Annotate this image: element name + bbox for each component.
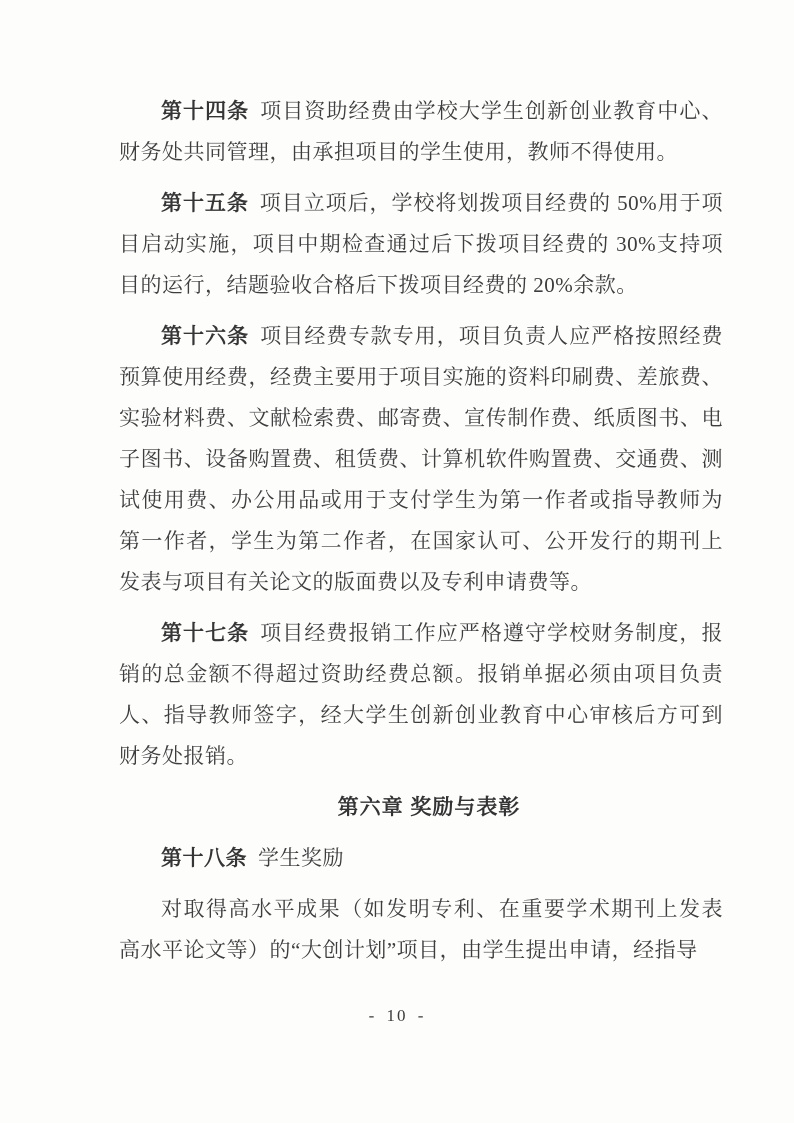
article-17-line-1: 项目经费报销工作应严格遵守学校财务制度，报 xyxy=(260,621,723,645)
text-line: 预算使用经费，经费主要用于项目实施的资料印刷费、差旅费、 xyxy=(119,357,723,398)
article-15-number: 第十五条 xyxy=(161,191,249,215)
text-line: 财务处报销。 xyxy=(119,736,723,777)
page-footer: - 10 - xyxy=(0,1006,794,1026)
text-line: 实验材料费、文献检索费、邮寄费、宣传制作费、纸质图书、电 xyxy=(119,398,723,439)
article-18-number: 第十八条 xyxy=(161,846,247,870)
article-14-line-1: 项目资助经费由学校大学生创新创业教育中心、 xyxy=(260,99,723,123)
text-line: 人、指导教师签字，经大学生创新创业教育中心审核后方可到 xyxy=(119,695,723,736)
article-16-number: 第十六条 xyxy=(161,324,249,348)
article-18: 第十八条学生奖励 xyxy=(119,838,723,879)
text-line: 高水平论文等）的“大创计划”项目，由学生提出申请，经指导 xyxy=(119,930,723,971)
text-line: 财务处共同管理，由承担项目的学生使用，教师不得使用。 xyxy=(119,132,723,173)
text-line: 子图书、设备购置费、租赁费、计算机软件购置费、交通费、测 xyxy=(119,439,723,480)
closing-paragraph: 对取得高水平成果（如发明专利、在重要学术期刊上发表 高水平论文等）的“大创计划”… xyxy=(119,889,723,971)
text-line: 第十八条学生奖励 xyxy=(119,838,723,879)
article-15-line-1: 项目立项后，学校将划拨项目经费的 50%用于项 xyxy=(260,191,723,215)
text-line: 第十七条项目经费报销工作应严格遵守学校财务制度，报 xyxy=(119,613,723,654)
text-line: 对取得高水平成果（如发明专利、在重要学术期刊上发表 xyxy=(119,889,723,930)
text-line: 第十六条项目经费专款专用，项目负责人应严格按照经费 xyxy=(119,316,723,357)
chapter-heading: 第六章 奖励与表彰 xyxy=(135,787,723,828)
text-line: 试使用费、办公用品或用于支付学生为第一作者或指导教师为 xyxy=(119,480,723,521)
page-number: - 10 - xyxy=(369,1006,426,1026)
article-16: 第十六条项目经费专款专用，项目负责人应严格按照经费 预算使用经费，经费主要用于项… xyxy=(119,316,723,603)
article-15: 第十五条项目立项后，学校将划拨项目经费的 50%用于项 目启动实施，项目中期检查… xyxy=(119,183,723,306)
article-17-number: 第十七条 xyxy=(161,621,249,645)
document-body: 第十四条项目资助经费由学校大学生创新创业教育中心、 财务处共同管理，由承担项目的… xyxy=(119,91,723,981)
text-line: 目的运行，结题验收合格后下拨项目经费的 20%余款。 xyxy=(119,265,723,306)
text-line: 销的总金额不得超过资助经费总额。报销单据必须由项目负责 xyxy=(119,654,723,695)
text-line: 目启动实施，项目中期检查通过后下拨项目经费的 30%支持项 xyxy=(119,224,723,265)
text-line: 第一作者，学生为第二作者，在国家认可、公开发行的期刊上 xyxy=(119,521,723,562)
article-14-number: 第十四条 xyxy=(161,99,249,123)
text-line: 第十五条项目立项后，学校将划拨项目经费的 50%用于项 xyxy=(119,183,723,224)
text-line: 发表与项目有关论文的版面费以及专利申请费等。 xyxy=(119,562,723,603)
article-17: 第十七条项目经费报销工作应严格遵守学校财务制度，报 销的总金额不得超过资助经费总… xyxy=(119,613,723,777)
text-line: 第十四条项目资助经费由学校大学生创新创业教育中心、 xyxy=(119,91,723,132)
scanned-document-page: 第十四条项目资助经费由学校大学生创新创业教育中心、 财务处共同管理，由承担项目的… xyxy=(0,0,794,1123)
article-18-title: 学生奖励 xyxy=(258,846,344,870)
article-16-line-1: 项目经费专款专用，项目负责人应严格按照经费 xyxy=(260,324,723,348)
article-14: 第十四条项目资助经费由学校大学生创新创业教育中心、 财务处共同管理，由承担项目的… xyxy=(119,91,723,173)
